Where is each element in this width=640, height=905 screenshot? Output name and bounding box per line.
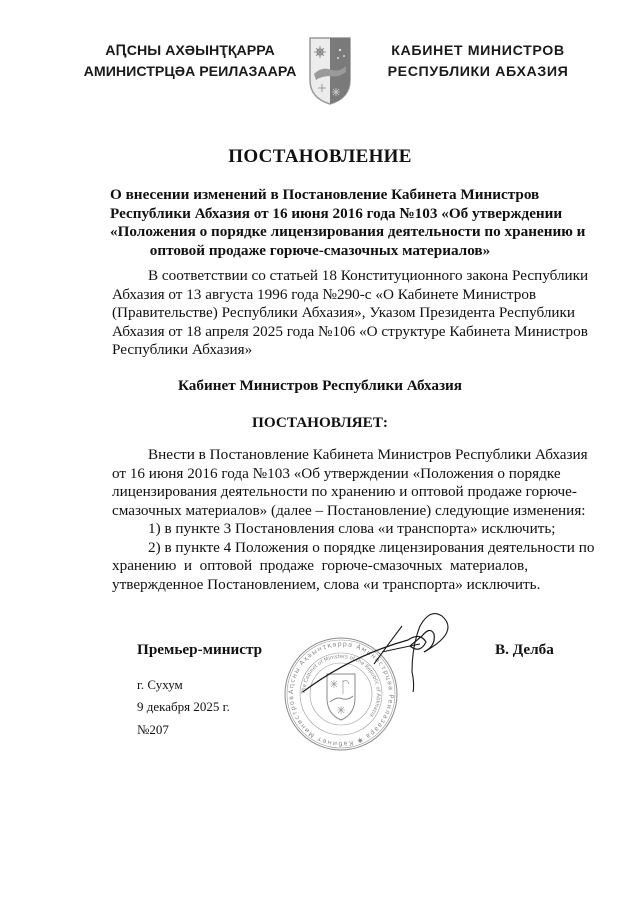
item-1: 1) в пункте 3 Постановления слова «и тра… (112, 520, 528, 539)
header-russian-line-1: КАБИНЕТ МИНИСТРОВ (358, 41, 598, 62)
document-subtitle: О внесении изменений в Постановление Каб… (110, 186, 530, 260)
subtitle-line: О внесении изменений в Постановление Каб… (110, 186, 530, 205)
body-line: смазочных материалов» (далее – Постановл… (112, 502, 528, 521)
handwritten-signature-icon (270, 612, 470, 692)
resolves-heading: ПОСТАНОВЛЯЕТ: (0, 414, 640, 432)
header-abkhaz: АԤСНЫ АХӘЫНҬҚАРРА АМИНИСТРЦӘА РЕИЛАЗААРА (70, 41, 310, 83)
preamble-line: Абхазия от 13 августа 1996 года №290-с «… (112, 286, 528, 305)
header-abkhaz-line-1: АԤСНЫ АХӘЫНҬҚАРРА (70, 41, 310, 62)
preamble-paragraph: В соответствии со статьей 18 Конституцио… (112, 267, 528, 360)
signatory-position: Премьер-министр (137, 641, 262, 659)
header-russian-line-2: РЕСПУБЛИКИ АБХАЗИЯ (358, 62, 598, 83)
subtitle-line: Республики Абхазия от 16 июня 2016 года … (110, 205, 530, 224)
preamble-line: (Правительстве) Республики Абхазия», Ука… (112, 304, 528, 323)
issue-city: г. Сухум (137, 677, 183, 693)
item-2-line: утвержденное Постановлением, слова «и тр… (112, 576, 528, 595)
header-abkhaz-line-2: АМИНИСТРЦӘА РЕИЛАЗААРА (70, 62, 310, 83)
preamble-line: В соответствии со статьей 18 Конституцио… (112, 267, 528, 286)
body-line: лицензирования деятельности по хранению … (112, 483, 528, 502)
item-2-line: хранению и оптовой продаже горюче-смазоч… (112, 557, 528, 576)
coat-of-arms-icon (308, 36, 352, 106)
subtitle-line: «Положения о порядке лицензирования деят… (110, 223, 530, 242)
header-russian: КАБИНЕТ МИНИСТРОВ РЕСПУБЛИКИ АБХАЗИЯ (358, 41, 598, 83)
issue-date: 9 декабря 2025 г. (137, 699, 230, 715)
document-number: №207 (137, 722, 169, 738)
item-2-line: 2) в пункте 4 Положения о порядке лиценз… (112, 539, 528, 558)
subtitle-line: оптовой продаже горюче-смазочных материа… (110, 242, 530, 261)
preamble-line: Абхазия от 18 апреля 2025 года №106 «О с… (112, 323, 528, 342)
signatory-name: В. Делба (495, 641, 554, 659)
preamble-line: Республики Абхазия» (112, 341, 528, 360)
body-line: от 16 июня 2016 года №103 «Об утверждени… (112, 465, 528, 484)
body-paragraph: Внести в Постановление Кабинета Министро… (112, 446, 528, 594)
document-title: ПОСТАНОВЛЕНИЕ (0, 146, 640, 168)
issuer-heading: Кабинет Министров Республики Абхазия (0, 377, 640, 395)
document-page: АԤСНЫ АХӘЫНҬҚАРРА АМИНИСТРЦӘА РЕИЛАЗААРА… (0, 0, 640, 905)
body-line: Внести в Постановление Кабинета Министро… (112, 446, 528, 465)
